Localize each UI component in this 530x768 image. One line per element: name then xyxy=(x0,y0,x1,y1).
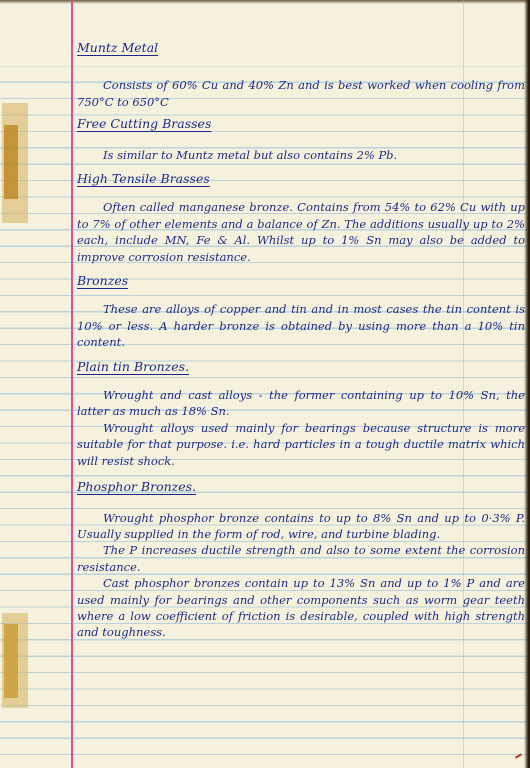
paragraph: Cast phosphor bronzes contain up to 13% … xyxy=(77,575,525,641)
paragraph: These are alloys of copper and tin and i… xyxy=(77,289,525,350)
tape-stain xyxy=(4,125,18,199)
paragraph: Often called manganese bronze. Contains … xyxy=(77,187,525,265)
section-heading: Free Cutting Brasses xyxy=(77,116,211,132)
notebook-page: Muntz Metal Consists of 60% Cu and 40% Z… xyxy=(0,0,528,768)
section-heading: Muntz Metal xyxy=(77,40,158,56)
section-heading: High Tensile Brasses xyxy=(77,171,210,187)
tape-mark-top xyxy=(2,103,28,223)
red-pen-mark xyxy=(515,753,522,758)
paragraph: The P increases ductile strength and als… xyxy=(77,542,525,575)
section-heading: Plain tin Bronzes. xyxy=(77,359,189,375)
section-high-tensile-brasses: High Tensile Brasses Often called mangan… xyxy=(77,171,525,265)
paragraph: Wrought and cast alloys - the former con… xyxy=(77,375,525,420)
section-free-cutting-brasses: Free Cutting Brasses Is similar to Muntz… xyxy=(77,116,525,163)
tape-stain xyxy=(4,624,18,698)
paragraph: Is similar to Muntz metal but also conta… xyxy=(77,133,525,163)
section-plain-tin-bronzes: Plain tin Bronzes. Wrought and cast allo… xyxy=(77,359,525,469)
paragraph: Wrought phosphor bronze contains to up t… xyxy=(77,496,525,543)
section-muntz-metal: Muntz Metal Consists of 60% Cu and 40% Z… xyxy=(77,40,525,110)
page-top-shadow xyxy=(0,0,528,4)
paragraph: Wrought alloys used mainly for bearings … xyxy=(77,420,525,469)
tape-mark-bottom xyxy=(2,613,28,708)
section-phosphor-bronzes: Phosphor Bronzes. Wrought phosphor bronz… xyxy=(77,479,525,641)
section-bronzes: Bronzes These are alloys of copper and t… xyxy=(77,273,525,351)
paragraph: Consists of 60% Cu and 40% Zn and is bes… xyxy=(77,68,525,110)
section-heading: Phosphor Bronzes. xyxy=(77,479,196,495)
handwritten-notes: Muntz Metal Consists of 60% Cu and 40% Z… xyxy=(77,40,525,651)
section-heading: Bronzes xyxy=(77,273,128,289)
margin-line xyxy=(71,0,73,768)
